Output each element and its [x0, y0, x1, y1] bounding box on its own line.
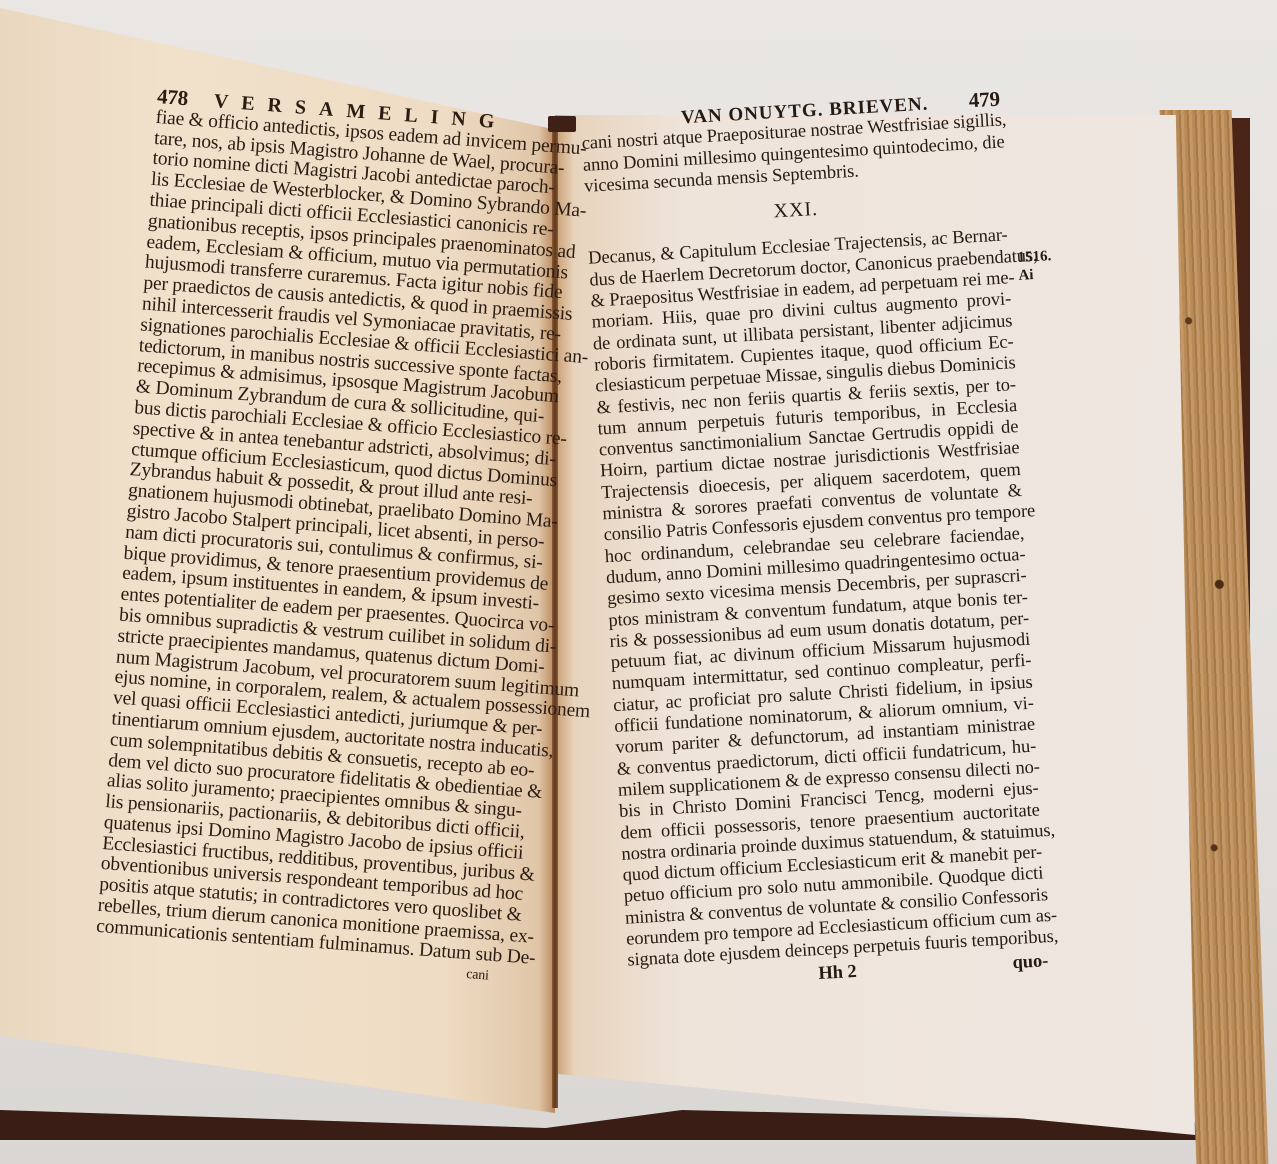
signature-mark: Hh 2	[818, 961, 857, 984]
left-page-text: 478 VERSAMELING fiae & officio antedicti…	[94, 86, 552, 987]
right-body: Decanus, & Capitulum Ecclesiae Trajecten…	[588, 226, 1048, 972]
book-photo: 478 VERSAMELING fiae & officio antedicti…	[0, 0, 1277, 1164]
page-number-right: 479	[968, 89, 1000, 112]
page-number-left: 478	[156, 86, 188, 109]
margin-note-line: 1516.	[1017, 247, 1052, 267]
right-page-text: VAN ONUYTG. BRIEVEN. 479 cani nostri atq…	[580, 89, 1049, 996]
spine-top	[548, 116, 576, 132]
margin-note-line: Ai	[1018, 265, 1053, 285]
margin-note-year: 1516. Ai	[1017, 247, 1053, 285]
left-body: fiae & officio antedictis, ipsos eadem a…	[95, 108, 550, 967]
section-number: XXI.	[586, 189, 1007, 234]
catchword-right: quo-	[1012, 951, 1049, 974]
